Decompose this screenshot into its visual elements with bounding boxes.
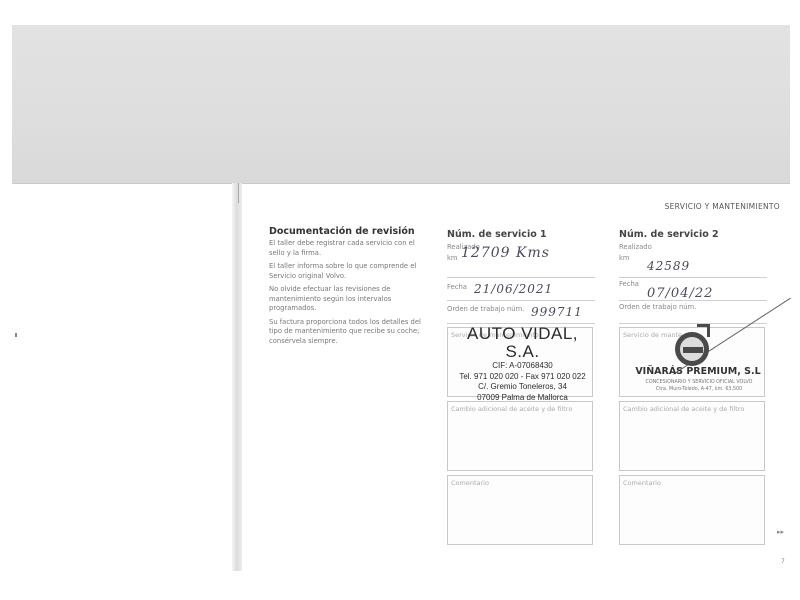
fecha-value: 07/04/22 — [647, 286, 713, 301]
km-field[interactable]: Realizado km 12709 Kms — [447, 249, 595, 278]
fold-line — [238, 183, 239, 203]
stamp-line: CIF: A-07068430 — [450, 361, 595, 372]
documentation-paragraph: El taller debe registrar cada servicio c… — [269, 239, 427, 258]
orden-label: Orden de trabajo núm. — [447, 305, 524, 313]
documentation-column: Documentación de revisión El taller debe… — [269, 226, 427, 350]
next-page-icon: ▸▸ — [777, 528, 784, 536]
service-title: Núm. de servicio 1 — [447, 229, 595, 240]
stamp-line: Tel. 971 020 020 - Fax 971 020 022 — [450, 372, 595, 383]
stamp-line: 07009 Palma de Mallorca — [450, 393, 595, 404]
section-header: SERVICIO Y MANTENIMIENTO — [640, 202, 780, 211]
volvo-logo-icon — [675, 332, 709, 366]
aceite-label: Cambio adicional de aceite y de filtro — [623, 405, 744, 413]
km-label: km — [619, 254, 630, 262]
comentario-label: Comentario — [451, 479, 489, 487]
aceite-filtro-box[interactable]: Cambio adicional de aceite y de filtro — [447, 401, 593, 471]
aceite-label: Cambio adicional de aceite y de filtro — [451, 405, 572, 413]
orden-field[interactable]: Orden de trabajo núm. 999711 — [447, 303, 595, 324]
km-field[interactable]: Realizado km 42589 — [619, 249, 767, 278]
stamp-line: C/. Gremio Toneleros, 34 — [450, 382, 595, 393]
stamp-line: Ctra. Muro-Toledo, A-47, km. 63,500 — [635, 387, 763, 392]
km-value: 12709 Kms — [461, 245, 550, 261]
documentation-title: Documentación de revisión — [269, 226, 427, 237]
stamp-line: CONCESIONARIO Y SERVICIO OFICIAL VOLVO — [635, 380, 763, 385]
tipo-box-label: Servicio de mante — [623, 331, 682, 339]
fecha-field[interactable]: Fecha 21/06/2021 — [447, 280, 595, 301]
documentation-paragraph: El taller informa sobre lo que comprende… — [269, 262, 427, 281]
fecha-field[interactable]: Fecha 07/04/22 — [619, 280, 767, 301]
page-number: 7 — [781, 558, 785, 565]
comentario-label: Comentario — [623, 479, 661, 487]
volvo-arrow-icon — [697, 324, 710, 337]
realizado-label: Realizado — [619, 243, 652, 251]
volvo-logo-bar — [683, 347, 703, 353]
comentario-box[interactable]: Comentario — [619, 475, 765, 545]
page-gutter — [232, 183, 242, 571]
orden-label: Orden de trabajo núm. — [619, 303, 696, 311]
dealer-stamp-auto-vidal: AUTO VIDAL, S.A. CIF: A-07068430 Tel. 97… — [450, 325, 595, 403]
km-value: 42589 — [647, 259, 690, 273]
service-title: Núm. de servicio 2 — [619, 229, 767, 240]
documentation-paragraph: No olvide efectuar las revisiones de man… — [269, 285, 427, 314]
orden-value: 999711 — [531, 305, 583, 319]
documentation-paragraph: Su factura proporciona todos los detalle… — [269, 318, 427, 347]
orden-field[interactable]: Orden de trabajo núm. — [619, 303, 767, 324]
stamp-name: VIÑARÁS PREMIUM, S.L — [633, 366, 763, 377]
fecha-label: Fecha — [619, 280, 639, 288]
service-2: Núm. de servicio 2 Realizado km 42589 Fe… — [619, 229, 767, 340]
fecha-label: Fecha — [447, 283, 467, 291]
comentario-box[interactable]: Comentario — [447, 475, 593, 545]
scan-gray-band — [12, 25, 790, 184]
aceite-filtro-box[interactable]: Cambio adicional de aceite y de filtro — [619, 401, 765, 471]
stamp-name: AUTO VIDAL, S.A. — [450, 325, 595, 361]
scan-speck — [15, 333, 17, 337]
km-label: km — [447, 254, 458, 262]
fecha-value: 21/06/2021 — [474, 282, 553, 296]
